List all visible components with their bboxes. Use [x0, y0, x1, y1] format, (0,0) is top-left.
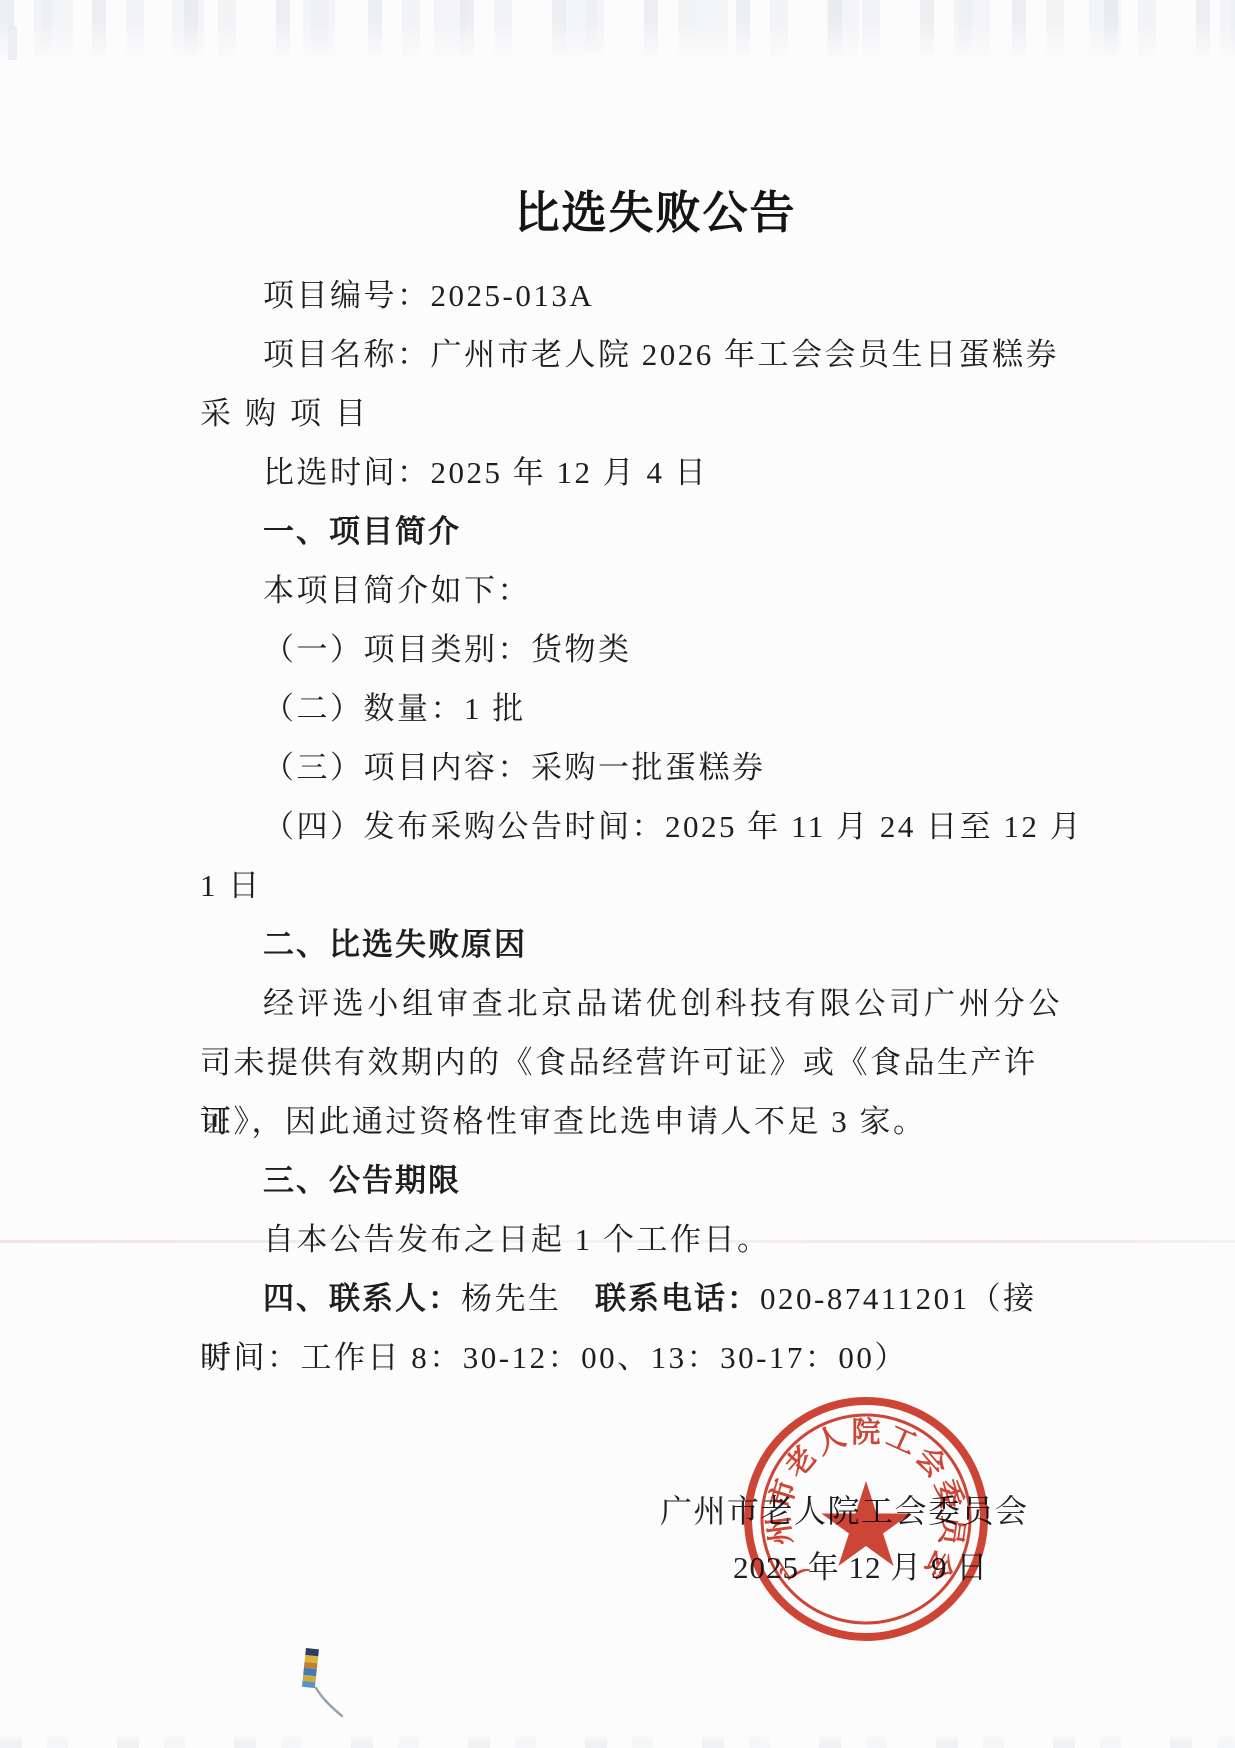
body-line: 项目名称：广州市老人院 2026 年工会会员生日蛋糕券 — [200, 325, 1062, 384]
body-line: 二、比选失败原因 — [200, 915, 1062, 974]
body-line: 自本公告发布之日起 1 个工作日。 — [200, 1210, 1062, 1269]
body-line: （四）发布采购公告时间：2025 年 11 月 24 日至 12 月 — [200, 797, 1062, 856]
body-line: 经评选小组审查北京品诺优创科技有限公司广州分公 — [200, 974, 1062, 1033]
body-line: （二）数量：1 批 — [200, 679, 1062, 738]
seal-character: 会 — [909, 1440, 953, 1484]
body-line: 四、联系人：杨先生 联系电话：020-87411201（接听 — [200, 1269, 1062, 1328]
body-line: 本项目简介如下： — [200, 561, 1062, 620]
body-line: 1 日 — [200, 856, 1062, 915]
body-line: 证》，因此通过资格性审查比选申请人不足 3 家。 — [200, 1092, 1062, 1151]
official-seal-stamp: 广州市老人院工会委员会 — [743, 1396, 989, 1642]
seal-character: 广 — [771, 1544, 814, 1586]
scan-edge-artifact — [8, 26, 17, 60]
seal-character: 员 — [933, 1514, 970, 1549]
body-line: （一）项目类别：货物类 — [200, 620, 1062, 679]
seal-character: 会 — [918, 1544, 961, 1586]
announcement-document: 比选失败公告 项目编号：2025-013A项目名称：广州市老人院 2026 年工… — [0, 0, 1235, 1748]
body-line: 一、项目简介 — [200, 502, 1062, 561]
scan-artifact-fiber — [296, 1640, 356, 1730]
body-line: 司未提供有效期内的《食品经营许可证》或《食品生产许可 — [200, 1033, 1062, 1092]
seal-character: 州 — [763, 1514, 799, 1547]
seal-character: 院 — [851, 1416, 880, 1449]
body-line: 比选时间：2025 年 12 月 4 日 — [200, 443, 1062, 502]
document-title: 比选失败公告 — [0, 176, 1235, 241]
star-icon — [821, 1481, 910, 1566]
body-line: （三）项目内容：采购一批蛋糕券 — [200, 738, 1062, 797]
body-line: 采购项目 — [200, 384, 1062, 443]
scan-noise-top — [0, 0, 1235, 60]
body-line: 三、公告期限 — [200, 1151, 1062, 1210]
body-line: 时间：工作日 8：30-12：00、13：30-17：00） — [200, 1328, 1062, 1387]
body-text: 项目编号：2025-013A项目名称：广州市老人院 2026 年工会会员生日蛋糕… — [200, 266, 1062, 1387]
scan-noise-bottom — [0, 1734, 1235, 1748]
body-line: 项目编号：2025-013A — [200, 266, 1062, 325]
